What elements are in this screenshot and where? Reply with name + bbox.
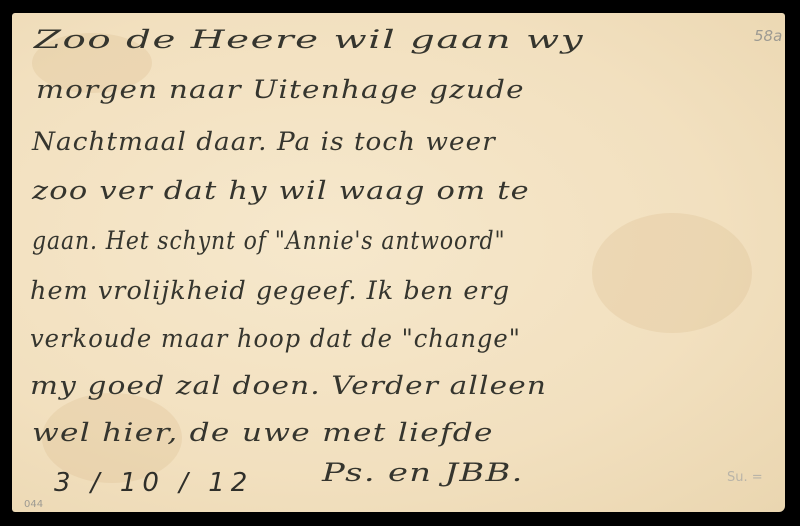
handwritten-line-2: morgen naar Uitenhage gzude <box>36 75 525 104</box>
postcard: 58a Zoo de Heere wil gaan wy morgen naar… <box>12 13 785 512</box>
signature: Ps. en JBB. <box>322 458 524 487</box>
handwritten-line-6: hem vrolijkheid gegeef. Ik ben erg <box>30 276 510 305</box>
handwritten-line-5: gaan. Het schynt of "Annie's antwoord" <box>32 226 505 255</box>
handwritten-line-8: my goed zal doen. Verder alleen <box>30 371 547 400</box>
archive-mark-bottom-right: Su. = <box>727 470 763 485</box>
handwritten-line-4: zoo ver dat hy wil waag om te <box>32 176 530 205</box>
date: 3 / 10 / 12 <box>54 468 253 498</box>
handwritten-line-3: Nachtmaal daar. Pa is toch weer <box>32 127 496 156</box>
handwritten-line-1: Zoo de Heere wil gaan wy <box>34 25 584 54</box>
handwritten-line-9: wel hier, de uwe met liefde <box>32 418 494 447</box>
handwritten-line-7: verkoude maar hoop dat de "change" <box>30 324 521 353</box>
paper-stain <box>592 213 752 333</box>
archive-mark-top-right: 58a <box>754 27 782 45</box>
archive-mark-bottom-left: 044 <box>24 499 43 510</box>
